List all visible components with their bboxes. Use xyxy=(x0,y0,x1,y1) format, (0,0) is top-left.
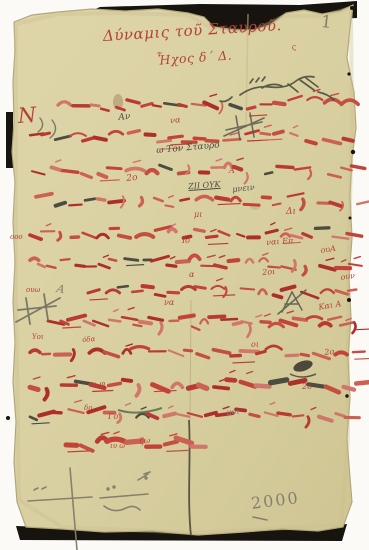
neume-stroke xyxy=(351,166,364,169)
neume-stroke xyxy=(109,320,120,322)
neume-stroke xyxy=(61,259,70,260)
neume-stroke xyxy=(293,318,306,320)
neume-stroke xyxy=(41,133,49,135)
neume-stroke xyxy=(194,138,205,139)
neume-stroke xyxy=(244,204,259,205)
manuscript-paper xyxy=(12,5,356,535)
lyric-annotation: α xyxy=(189,271,194,279)
neume-stroke xyxy=(118,286,128,287)
neume-stroke xyxy=(344,387,354,390)
neume-stroke xyxy=(352,323,355,333)
lyric-annotation: ζω xyxy=(139,437,151,446)
neume-stroke xyxy=(293,415,304,416)
neume-stroke xyxy=(140,322,151,324)
neume-stroke xyxy=(209,316,224,317)
neume-stroke xyxy=(125,259,138,261)
neume-stroke xyxy=(180,199,188,201)
lyric-annotation: 2ο xyxy=(302,383,312,391)
neume-stroke xyxy=(179,104,187,106)
lyric-annotation: Δι xyxy=(286,208,296,217)
neume-stroke xyxy=(214,387,228,389)
neume-stroke xyxy=(315,228,328,229)
neume-stroke xyxy=(146,134,155,135)
neume-stroke xyxy=(256,386,270,387)
neume-stroke xyxy=(355,358,369,359)
neume-stroke xyxy=(221,319,237,320)
neume-stroke xyxy=(169,136,182,138)
neume-stroke xyxy=(250,414,259,416)
neume-stroke xyxy=(198,385,206,388)
lyric-annotation: Αν xyxy=(118,113,131,123)
neume-stroke xyxy=(69,205,81,206)
lyric-annotation: δο xyxy=(84,405,92,412)
neume-stroke xyxy=(94,138,105,140)
lyric-annotation: να xyxy=(164,299,174,307)
neume-stroke xyxy=(167,265,176,266)
lyric-annotation: όδα xyxy=(82,336,96,344)
lyric-annotation: 2οι xyxy=(262,268,276,277)
lyric-annotation: 2ο xyxy=(126,174,138,184)
neume-stroke xyxy=(348,290,356,291)
neume-stroke xyxy=(278,413,290,415)
neume-stroke xyxy=(226,380,235,381)
neume-stroke xyxy=(30,387,38,389)
neume-stroke xyxy=(168,292,179,293)
neume-stroke xyxy=(180,315,194,317)
neume-stroke xyxy=(274,103,285,104)
neume-stroke xyxy=(109,259,116,261)
neume-stroke xyxy=(85,199,95,201)
lyric-annotation: ω φ xyxy=(90,380,105,389)
neume-stroke xyxy=(274,132,283,134)
neume-stroke xyxy=(233,322,241,324)
backdrop-left-speck xyxy=(6,416,10,420)
neume-stroke xyxy=(247,107,254,109)
initial-letter: N xyxy=(17,103,37,128)
neume-stroke xyxy=(277,166,293,167)
neume-stroke xyxy=(63,171,78,173)
neume-stroke xyxy=(261,322,270,323)
neume-stroke xyxy=(353,352,365,353)
page-number: 1 xyxy=(320,12,333,33)
neume-stroke xyxy=(265,172,272,174)
manuscript-scan-page: Δύναμις τοῦ Σταυροῦ. Ἦχος δ΄ Δ. 1 N 2000… xyxy=(0,0,369,550)
neume-stroke xyxy=(195,287,205,289)
neume-stroke xyxy=(119,236,130,238)
neume-stroke xyxy=(123,380,131,381)
neume-stroke xyxy=(344,139,353,141)
neume-stroke xyxy=(91,105,99,106)
neume-stroke xyxy=(223,139,240,140)
neume-stroke xyxy=(354,257,360,259)
neume-stroke xyxy=(126,168,144,170)
lyric-annotation: Γο xyxy=(108,413,118,421)
neume-stroke xyxy=(271,380,287,383)
lyric-annotation: Ιο xyxy=(182,237,190,245)
neume-stroke xyxy=(240,351,258,352)
neume-stroke xyxy=(262,197,270,198)
neume-stroke xyxy=(165,205,173,206)
neume-stroke xyxy=(184,350,191,351)
lyric-annotation: να xyxy=(170,116,181,125)
lyric-annotation: μοι xyxy=(226,408,240,417)
neume-stroke xyxy=(356,382,369,383)
neume-stroke xyxy=(30,258,39,260)
neume-stroke xyxy=(335,352,347,354)
neume-stroke xyxy=(349,264,362,266)
neume-stroke xyxy=(177,261,189,262)
neume-stroke xyxy=(195,229,205,231)
neume-stroke xyxy=(306,141,316,144)
neume-stroke xyxy=(286,355,298,356)
neume-stroke xyxy=(273,295,281,297)
neume-stroke xyxy=(229,260,239,261)
lyric-annotation: ουω xyxy=(26,287,40,294)
neume-stroke xyxy=(216,198,228,200)
lyric-annotation: Α xyxy=(229,167,235,175)
lyric-annotation: μι xyxy=(194,211,202,219)
neume-stroke xyxy=(76,265,85,266)
neume-stroke xyxy=(143,286,153,287)
lyric-annotation: ιυ ω xyxy=(110,443,125,450)
neume-stroke xyxy=(155,294,165,296)
neume-stroke xyxy=(356,329,369,330)
lyric-annotation: οι xyxy=(251,341,259,349)
neume-stroke xyxy=(301,354,308,355)
backdrop-left-black xyxy=(6,112,13,168)
neume-stroke xyxy=(107,168,121,169)
neume-stroke xyxy=(101,109,108,111)
lyric-annotation: Υοι xyxy=(32,334,44,341)
neume-stroke xyxy=(109,383,121,385)
neume-stroke xyxy=(132,291,142,292)
neume-stroke xyxy=(164,414,175,417)
neume-stroke xyxy=(97,199,104,200)
neume-stroke xyxy=(241,288,255,289)
neume-stroke xyxy=(158,140,171,142)
neume-stroke xyxy=(165,442,177,445)
neume-stroke xyxy=(257,351,266,353)
neume-stroke xyxy=(109,201,124,203)
scan-graphics-layer xyxy=(0,0,369,550)
neume-stroke xyxy=(133,325,141,326)
neume-stroke xyxy=(261,133,270,134)
lyric-annotation: οοο xyxy=(10,234,23,241)
neume-stroke xyxy=(357,202,368,205)
lyric-annotation: 2ο xyxy=(324,348,335,357)
neume-stroke xyxy=(206,236,217,237)
neume-stroke xyxy=(153,105,161,106)
